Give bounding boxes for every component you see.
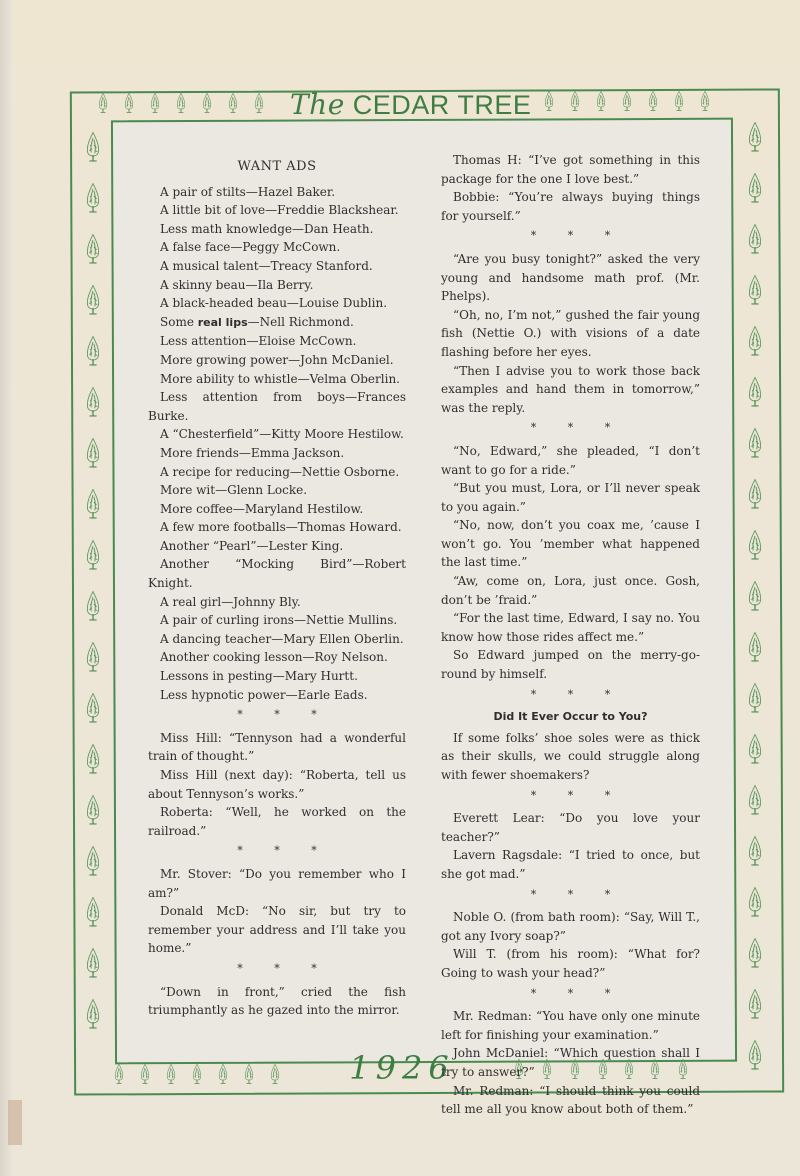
want-ad-item: A little bit of love—Freddie Blackshear. <box>148 201 406 220</box>
cedar-tree-icon <box>84 334 102 368</box>
want-ad-person: Kitty Moore Hestilow. <box>271 427 404 441</box>
want-ad-item: A “Chesterfield”—Kitty Moore Hestilow. <box>148 425 406 444</box>
cedar-tree-icon <box>112 1063 126 1085</box>
want-ad-person: Mary Hurtt. <box>285 669 358 683</box>
cedar-tree-icon <box>594 90 608 112</box>
want-ad-person: Maryland Hestilow. <box>245 502 363 516</box>
cedar-tree-icon <box>84 436 102 470</box>
cedar-tree-icon <box>672 90 686 112</box>
want-ad-person: Velma Oberlin. <box>310 372 400 386</box>
cedar-tree-icon <box>646 90 660 112</box>
cedar-tree-icon <box>252 92 266 114</box>
cedar-tree-icon <box>190 1063 204 1085</box>
cedar-tree-icon <box>84 844 102 878</box>
joke-line: Mr. Stover: “Do you remember who I am?” <box>148 865 406 902</box>
cedar-tree-icon <box>84 538 102 572</box>
subhead-text: If some folks’ shoe soles were as thick … <box>441 729 700 785</box>
cedar-tree-icon <box>746 528 764 562</box>
want-ad-item: A recipe for reducing—Nettie Osborne. <box>148 463 406 482</box>
joke-line: “No, now, don’t you coax me, ’cause I wo… <box>441 516 700 572</box>
cedar-tree-icon <box>164 1063 178 1085</box>
cedar-tree-icon <box>84 589 102 623</box>
cedar-tree-icon <box>746 273 764 307</box>
page-header-title: The CEDAR TREE <box>290 88 520 121</box>
cedar-tree-icon <box>746 579 764 613</box>
joke-line: Roberta: “Well, he worked on the railroa… <box>148 803 406 840</box>
cedar-tree-icon <box>148 92 162 114</box>
joke-line: Everett Lear: “Do you love your teacher?… <box>441 809 700 846</box>
joke-line: Thomas H: “I’ve got something in this pa… <box>441 151 700 188</box>
want-ad-item: More friends—Emma Jackson. <box>148 444 406 463</box>
want-ad-item: A real girl—Johnny Bly. <box>148 593 406 612</box>
cedar-tree-icon <box>746 987 764 1021</box>
joke-line: “But you must, Lora, or I’ll never speak… <box>441 479 700 516</box>
cedar-tree-icon <box>242 1063 256 1085</box>
cedar-tree-icon <box>174 92 188 114</box>
cedar-tree-icon <box>746 936 764 970</box>
joke-line: “Aw, come on, Lora, just once. Gosh, don… <box>441 572 700 609</box>
cedar-tree-icon <box>226 92 240 114</box>
joke-line: So Edward jumped on the merry-go-round b… <box>441 646 700 683</box>
cedar-tree-icon <box>746 732 764 766</box>
joke-line: John McDaniel: “Which question shall I t… <box>441 1044 700 1081</box>
want-ad-item: A few more footballs—Thomas Howard. <box>148 518 406 537</box>
cedar-tree-icon <box>84 742 102 776</box>
book-spine-shadow <box>0 0 14 1176</box>
title-prefix: The <box>290 88 345 121</box>
joke-line: “Down in front,” cried the fish triumpha… <box>148 983 406 1020</box>
title-main: CEDAR TREE <box>353 90 532 120</box>
separator: * * * <box>441 787 700 806</box>
cedar-tree-icon <box>746 477 764 511</box>
joke-line: “Are you busy tonight?” asked the very y… <box>441 250 700 306</box>
cedar-tree-icon <box>122 92 136 114</box>
cedar-tree-icon <box>84 997 102 1031</box>
joke-line: Mr. Redman: “I should think you could te… <box>441 1082 700 1119</box>
separator: * * * <box>148 706 406 725</box>
joke-line: Miss Hill (next day): “Roberta, tell us … <box>148 766 406 803</box>
left-jokes: * * *Miss Hill: “Tennyson had a wonderfu… <box>148 706 406 1020</box>
want-ad-item: Another “Pearl”—Lester King. <box>148 537 406 556</box>
want-ad-person: Thomas Howard. <box>298 520 402 534</box>
cedar-tree-icon <box>96 92 110 114</box>
bold-phrase: real lips <box>198 316 248 329</box>
want-ad-person: Mary Ellen Oberlin. <box>283 632 403 646</box>
joke-line: Miss Hill: “Tennyson had a wonderful tra… <box>148 729 406 766</box>
want-ads-list: A pair of stilts—Hazel Baker.A little bi… <box>148 183 406 705</box>
want-ad-person: Dan Heath. <box>304 222 373 236</box>
want-ad-person: Roy Nelson. <box>315 650 388 664</box>
subhead-did-it-ever-occur: Did It Ever Occur to You? <box>441 708 700 727</box>
joke-line: Lavern Ragsdale: “I tried to once, but s… <box>441 846 700 883</box>
separator: * * * <box>148 842 406 861</box>
want-ad-item: A skinny beau—Ila Berry. <box>148 276 406 295</box>
separator: * * * <box>441 227 700 246</box>
cedar-tree-icon <box>746 324 764 358</box>
separator: * * * <box>441 419 700 438</box>
cedar-tree-icon <box>746 120 764 154</box>
cedar-tree-icon <box>84 181 102 215</box>
want-ad-item: Less attention from boys—Frances Burke. <box>148 388 406 425</box>
want-ad-person: Nettie Osborne. <box>302 465 399 479</box>
want-ad-item: A pair of curling irons—Nettie Mullins. <box>148 611 406 630</box>
cedar-tree-icon <box>84 640 102 674</box>
want-ad-item: More coffee—Maryland Hestilow. <box>148 500 406 519</box>
cedar-tree-icon <box>746 834 764 868</box>
want-ads-title: WANT ADS <box>148 158 406 177</box>
cedar-tree-icon <box>84 946 102 980</box>
book-tab <box>8 1100 22 1145</box>
joke-line: “Oh, no, I’m not,” gushed the fair young… <box>441 306 700 362</box>
separator: * * * <box>441 686 700 705</box>
cedar-tree-icon <box>746 426 764 460</box>
cedar-tree-icon <box>620 90 634 112</box>
want-ad-person: Frances Burke. <box>148 390 406 423</box>
want-ad-item: A false face—Peggy McCown. <box>148 238 406 257</box>
cedar-tree-icon <box>200 92 214 114</box>
want-ad-item: Less math knowledge—Dan Heath. <box>148 220 406 239</box>
joke-line: Bobbie: “You’re always buying things for… <box>441 188 700 225</box>
want-ad-person: Glenn Locke. <box>227 483 307 497</box>
joke-line: “No, Edward,” she pleaded, “I don’t want… <box>441 442 700 479</box>
want-ad-item: A musical talent—Treacy Stanford. <box>148 257 406 276</box>
right-jokes-a: Thomas H: “I’ve got something in this pa… <box>441 151 700 684</box>
cedar-tree-icon <box>84 130 102 164</box>
want-ad-person: Freddie Blackshear. <box>277 203 398 217</box>
cedar-tree-icon <box>268 1063 282 1085</box>
right-column: Thomas H: “I’ve got something in this pa… <box>441 151 700 1119</box>
cedar-tree-icon <box>84 232 102 266</box>
want-ad-item: A black-headed beau—Louise Dublin. <box>148 294 406 313</box>
want-ad-person: Treacy Stanford. <box>271 259 373 273</box>
want-ad-person: Earle Eads. <box>298 688 368 702</box>
want-ad-person: Nettie Mullins. <box>306 613 397 627</box>
cedar-tree-icon <box>746 885 764 919</box>
want-ad-person: Johnny Bly. <box>233 595 300 609</box>
cedar-tree-icon <box>746 375 764 409</box>
cedar-tree-icon <box>542 90 556 112</box>
cedar-tree-icon <box>84 385 102 419</box>
cedar-tree-icon <box>746 681 764 715</box>
cedar-tree-icon <box>698 90 712 112</box>
want-ad-person: John McDaniel. <box>300 353 393 367</box>
cedar-tree-icon <box>84 691 102 725</box>
want-ad-person: Louise Dublin. <box>299 296 387 310</box>
want-ad-item: Less hypnotic power—Earle Eads. <box>148 686 406 705</box>
want-ad-person: Nell Richmond. <box>260 315 354 329</box>
want-ad-person: Eloise McCown. <box>258 334 356 348</box>
cedar-tree-icon <box>84 487 102 521</box>
want-ad-item: Some real lips—Nell Richmond. <box>148 313 406 333</box>
cedar-tree-icon <box>138 1063 152 1085</box>
cedar-tree-icon <box>568 90 582 112</box>
cedar-tree-icon <box>746 171 764 205</box>
want-ad-item: More ability to whistle—Velma Oberlin. <box>148 370 406 389</box>
joke-line: “Then I advise you to work those back ex… <box>441 362 700 418</box>
joke-line: Mr. Redman: “You have only one minute le… <box>441 1007 700 1044</box>
right-jokes-b: * * *Everett Lear: “Do you love your tea… <box>441 787 700 1119</box>
want-ad-item: More growing power—John McDaniel. <box>148 351 406 370</box>
cedar-tree-icon <box>746 630 764 664</box>
cedar-tree-icon <box>84 895 102 929</box>
separator: * * * <box>441 985 700 1004</box>
want-ad-person: Lester King. <box>268 539 343 553</box>
joke-line: “For the last time, Edward, I say no. Yo… <box>441 609 700 646</box>
want-ad-item: Lessons in pesting—Mary Hurtt. <box>148 667 406 686</box>
cedar-tree-icon <box>746 222 764 256</box>
cedar-tree-icon <box>216 1063 230 1085</box>
left-column: WANT ADS A pair of stilts—Hazel Baker.A … <box>148 158 406 1020</box>
cedar-tree-icon <box>746 783 764 817</box>
cedar-tree-icon <box>746 1038 764 1072</box>
cedar-tree-icon <box>84 283 102 317</box>
joke-line: Donald McD: “No sir, but try to remember… <box>148 902 406 958</box>
want-ad-item: A dancing teacher—Mary Ellen Oberlin. <box>148 630 406 649</box>
joke-line: Noble O. (from bath room): “Say, Will T.… <box>441 908 700 945</box>
separator: * * * <box>148 960 406 979</box>
want-ad-person: Ila Berry. <box>257 278 313 292</box>
want-ad-item: Another “Mocking Bird”—Robert Knight. <box>148 555 406 592</box>
want-ad-item: More wit—Glenn Locke. <box>148 481 406 500</box>
joke-line: Will T. (from his room): “What for? Goin… <box>441 945 700 982</box>
want-ad-person: Emma Jackson. <box>251 446 344 460</box>
cedar-tree-icon <box>84 793 102 827</box>
want-ad-item: Another cooking lesson—Roy Nelson. <box>148 648 406 667</box>
want-ad-item: Less attention—Eloise McCown. <box>148 332 406 351</box>
separator: * * * <box>441 886 700 905</box>
want-ad-person: Peggy McCown. <box>242 240 340 254</box>
want-ad-person: Robert Knight. <box>148 557 406 590</box>
want-ad-item: A pair of stilts—Hazel Baker. <box>148 183 406 202</box>
want-ad-person: Hazel Baker. <box>258 185 335 199</box>
